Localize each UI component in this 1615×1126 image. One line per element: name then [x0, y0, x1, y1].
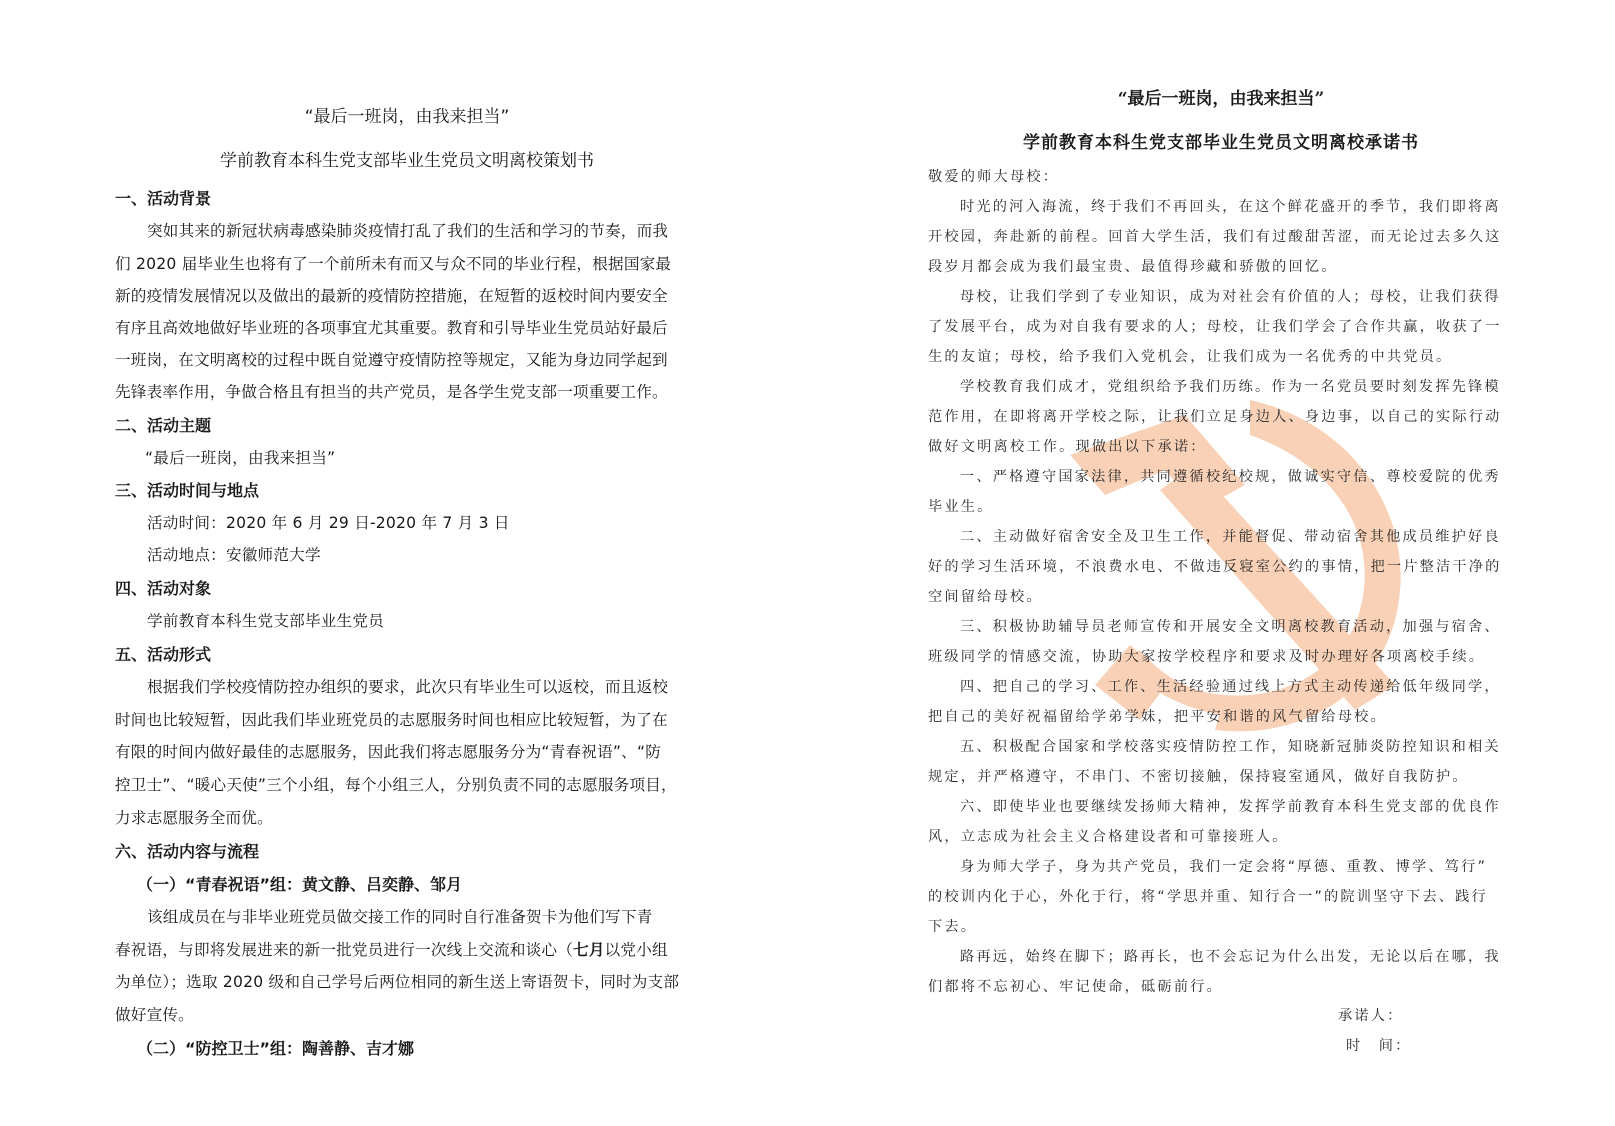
pledge-line: 母校，让我们学到了专业知识，成为对社会有价值的人；母校，让我们获得: [928, 286, 1514, 306]
pledge-line: 空间留给母校。: [928, 586, 1514, 606]
planning-document-page: “最后一班岗，由我来担当” 学前教育本科生党支部毕业生党员文明离校策划书 一、活…: [115, 0, 699, 1126]
signature-label: 承诺人：: [1338, 1005, 1514, 1025]
paragraph-line: 一班岗，在文明离校的过程中既自觉遵守疫情防控等规定，又能为身边同学起到: [115, 348, 699, 370]
paragraph-line: 控卫士”、“暖心天使”三个小组，每个小组三人，分别负责不同的志愿服务项目，: [115, 773, 699, 795]
activity-target: 学前教育本科生党支部毕业生党员: [115, 609, 699, 631]
paragraph-line: 新的疫情发展情况以及做出的最新的疫情防控措施，在短暂的返校时间内要安全: [115, 284, 699, 306]
pledge-item-6: 六、即使毕业也要继续发扬师大精神，发挥学前教育本科生党支部的优良作: [928, 796, 1514, 816]
pledge-line: 把自己的美好祝福留给学弟学妹，把平安和谐的风气留给母校。: [928, 706, 1514, 726]
paragraph-line: 时间也比较短暂，因此我们毕业班党员的志愿服务时间也相应比较短暂，为了在: [115, 708, 699, 730]
pledge-line: 段岁月都会成为我们最宝贵、最值得珍藏和骄傲的回忆。: [928, 256, 1514, 276]
section-heading-content: 六、活动内容与流程: [115, 839, 699, 862]
pledge-line: 范作用，在即将离开学校之际，让我们立足身边人、身边事，以自己的实际行动: [928, 406, 1514, 426]
pledge-item-1: 一、严格遵守国家法律，共同遵循校纪校规，做诚实守信、尊校爱院的优秀: [928, 466, 1514, 486]
activity-place: 活动地点：安徽师范大学: [115, 543, 699, 565]
paragraph-line: 突如其来的新冠状病毒感染肺炎疫情打乱了我们的生活和学习的节奏，而我: [115, 219, 699, 241]
pledge-item-4: 四、把自己的学习、工作、生活经验通过线上方式主动传递给低年级同学，: [928, 676, 1514, 696]
paragraph-line: 先锋表率作用，争做合格且有担当的共产党员，是各学生党支部一项重要工作。: [115, 380, 699, 402]
paragraph-line: 根据我们学校疫情防控办组织的要求，此次只有毕业生可以返校，而且返校: [115, 675, 699, 697]
pledge-line: 规定，并严格遵守，不串门、不密切接触，保持寝室通风，做好自我防护。: [928, 766, 1514, 786]
section-heading-target: 四、活动对象: [115, 576, 699, 599]
pledge-line: 了发展平台，成为对自我有要求的人；母校，让我们学会了合作共赢，收获了一: [928, 316, 1514, 336]
pledge-item-2: 二、主动做好宿舍安全及卫生工作，并能督促、带动宿舍其他成员维护好良: [928, 526, 1514, 546]
date-label: 时 间：: [1346, 1035, 1514, 1055]
paragraph-line: 做好宣传。: [115, 1003, 699, 1025]
pledge-line: 路再远，始终在脚下；路再长，也不会忘记为什么出发，无论以后在哪，我: [928, 946, 1514, 966]
pledge-line: 们都将不忘初心、牢记使命，砥砺前行。: [928, 976, 1514, 996]
left-title-document: 学前教育本科生党支部毕业生党员文明离校策划书: [115, 146, 699, 171]
pledge-item-5: 五、积极配合国家和学校落实疫情防控工作，知晓新冠肺炎防控知识和相关: [928, 736, 1514, 756]
left-title-slogan: “最后一班岗，由我来担当”: [115, 102, 699, 127]
pledge-line: 开校园，奔赴新的前程。回首大学生活，我们有过酸甜苦涩，而无论过去多久这: [928, 226, 1514, 246]
pledge-line: 下去。: [928, 916, 1514, 936]
paragraph-line: 力求志愿服务全而优。: [115, 806, 699, 828]
pledge-line: 生的友谊；母校，给予我们入党机会，让我们成为一名优秀的中共党员。: [928, 346, 1514, 366]
paragraph-line: 有序且高效地做好毕业班的各项事宜尤其重要。教育和引导毕业生党员站好最后: [115, 316, 699, 338]
salutation: 敬爱的师大母校：: [928, 166, 1514, 186]
subsection-title-epidemic-guards: （二）“防控卫士”组：陶善静、吉才娜: [115, 1036, 699, 1059]
paragraph-line: 春祝语，与即将发展进来的新一批党员进行一次线上交流和谈心（七月以党小组: [115, 938, 699, 960]
pledge-line: 身为师大学子，身为共产党员，我们一定会将“厚德、重教、博学、笃行”: [928, 856, 1514, 876]
paragraph-line: 为单位）；选取 2020 级和自己学号后两位相同的新生送上寄语贺卡，同时为支部: [115, 970, 699, 992]
emphasis-july: 七月: [573, 941, 605, 959]
pledge-line: 的校训内化于心，外化于行，将“学思并重、知行合一”的院训坚守下去、践行: [928, 886, 1514, 906]
subsection-title-youth-wishes: （一）“青春祝语”组：黄文静、吕奕静、邹月: [115, 872, 699, 895]
pledge-item-3: 三、积极协助辅导员老师宣传和开展安全文明离校教育活动，加强与宿舍、: [928, 616, 1514, 636]
pledge-line: 毕业生。: [928, 496, 1514, 516]
pledge-document-page: “最后一班岗，由我来担当” 学前教育本科生党支部毕业生党员文明离校承诺书 敬爱的…: [928, 0, 1514, 1126]
paragraph-line: 们 2020 届毕业生也将有了一个前所未有而又与众不同的毕业行程，根据国家最: [115, 252, 699, 274]
pledge-line: 学校教育我们成才，党组织给予我们历练。作为一名党员要时刻发挥先锋模: [928, 376, 1514, 396]
paragraph-line: 该组成员在与非毕业班党员做交接工作的同时自行准备贺卡为他们写下青: [115, 905, 699, 927]
activity-time: 活动时间：2020 年 6 月 29 日-2020 年 7 月 3 日: [115, 511, 699, 533]
right-title-slogan: “最后一班岗，由我来担当”: [928, 84, 1514, 109]
theme-text: “最后一班岗，由我来担当”: [115, 446, 699, 468]
section-heading-background: 一、活动背景: [115, 186, 699, 209]
pledge-line: 时光的河入海流，终于我们不再回头，在这个鲜花盛开的季节，我们即将离: [928, 196, 1514, 216]
section-heading-time-place: 三、活动时间与地点: [115, 478, 699, 501]
section-heading-theme: 二、活动主题: [115, 413, 699, 436]
section-heading-format: 五、活动形式: [115, 642, 699, 665]
paragraph-line: 有限的时间内做好最佳的志愿服务，因此我们将志愿服务分为“青春祝语”、“防: [115, 740, 699, 762]
pledge-line: 风，立志成为社会主义合格建设者和可靠接班人。: [928, 826, 1514, 846]
right-title-document: 学前教育本科生党支部毕业生党员文明离校承诺书: [928, 128, 1514, 153]
pledge-line: 班级同学的情感交流，协助大家按学校程序和要求及时办理好各项离校手续。: [928, 646, 1514, 666]
pledge-line: 好的学习生活环境，不浪费水电、不做违反寝室公约的事情，把一片整洁干净的: [928, 556, 1514, 576]
pledge-line: 做好文明离校工作。现做出以下承诺：: [928, 436, 1514, 456]
